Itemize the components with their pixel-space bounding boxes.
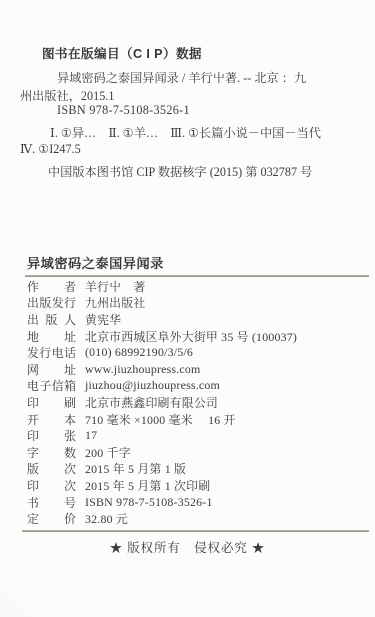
cip-registry-number: 中国版本图书馆 CIP 数据核字 (2015) 第 032787 号 xyxy=(48,163,312,180)
cip-classification-line-2: Ⅳ. ①I247.5 xyxy=(20,142,81,157)
row-label: 网址 xyxy=(27,361,76,378)
colophon-row: 电子信箱 jiuzhou@jiuzhoupress.com xyxy=(27,378,297,395)
row-label: 出版人 xyxy=(27,311,76,328)
cip-isbn: ISBN 978-7-5108-3526-1 xyxy=(57,103,190,118)
row-label: 开本 xyxy=(27,411,76,428)
row-value: 17 xyxy=(85,428,97,443)
row-value: www.jiuzhoupress.com xyxy=(85,362,201,377)
row-label: 版次 xyxy=(27,460,76,477)
book-copyright-page: 图书在版编目（C I P）数据 异域密码之泰国异闻录 / 羊行屮著. -- 北京… xyxy=(0,0,375,617)
footer-divider-rule xyxy=(22,530,369,532)
cip-record-line-1: 异域密码之泰国异闻录 / 羊行屮著. -- 北京 ：九 xyxy=(57,69,306,86)
colophon-row: 字数 200 千字 xyxy=(27,444,297,461)
row-label: 印刷 xyxy=(27,394,76,411)
cip-heading: 图书在版编目（C I P）数据 xyxy=(42,43,202,62)
book-title: 异域密码之泰国异闻录 xyxy=(27,253,164,272)
row-label: 作者 xyxy=(27,278,76,295)
cip-classification-line-1: Ⅰ. ①异… Ⅱ. ①羊… Ⅲ. ①长篇小说－中国－当代 xyxy=(50,124,321,141)
row-value: 200 千字 xyxy=(85,444,131,461)
row-label: 书号 xyxy=(27,494,76,511)
cip-record-line-2: 州出版社，2015.1 xyxy=(20,87,114,104)
row-value: 羊行屮 著 xyxy=(85,278,145,295)
title-divider-rule xyxy=(25,275,369,277)
row-label: 印张 xyxy=(27,427,76,444)
row-value: 九州出版社 xyxy=(85,294,145,311)
colophon-row: 网址 www.jiuzhoupress.com xyxy=(27,361,297,378)
row-label: 印次 xyxy=(27,477,76,494)
row-value: 2015 年 5 月第 1 版 xyxy=(85,460,186,477)
colophon-row: 书号 ISBN 978-7-5108-3526-1 xyxy=(27,494,297,511)
row-value: 710 毫米 ×1000 毫米 16 开 xyxy=(85,411,236,428)
row-label: 定价 xyxy=(27,510,76,527)
copyright-notice: ★ 版权所有 侵权必究 ★ xyxy=(0,538,375,556)
row-value: 32.80 元 xyxy=(85,510,128,527)
row-label: 字数 xyxy=(27,444,76,461)
colophon-row: 印刷 北京市燕鑫印刷有限公司 xyxy=(27,394,297,411)
row-label: 地址 xyxy=(27,328,76,345)
colophon-row: 印次 2015 年 5 月第 1 次印刷 xyxy=(27,477,297,494)
colophon-rows: 作者 羊行屮 著 出版发行 九州出版社 出版人 黄宪华 地址 北京市西城区阜外大… xyxy=(27,278,297,527)
colophon-row: 发行电话 (010) 68992190/3/5/6 xyxy=(27,344,297,361)
row-value: jiuzhou@jiuzhoupress.com xyxy=(85,378,220,393)
colophon-row: 出版人 黄宪华 xyxy=(27,311,297,328)
row-label: 发行电话 xyxy=(27,344,76,361)
row-value: 北京市西城区阜外大街甲 35 号 (100037) xyxy=(85,328,297,345)
colophon-row: 作者 羊行屮 著 xyxy=(27,278,297,295)
colophon-row: 印张 17 xyxy=(27,427,297,444)
colophon-row: 版次 2015 年 5 月第 1 版 xyxy=(27,461,297,478)
colophon-row: 定价 32.80 元 xyxy=(27,510,297,527)
row-value: 北京市燕鑫印刷有限公司 xyxy=(85,394,218,411)
row-value: 2015 年 5 月第 1 次印刷 xyxy=(85,477,210,494)
row-value: (010) 68992190/3/5/6 xyxy=(85,345,193,360)
colophon-row: 开本 710 毫米 ×1000 毫米 16 开 xyxy=(27,411,297,428)
row-value: 黄宪华 xyxy=(85,311,121,328)
row-value: ISBN 978-7-5108-3526-1 xyxy=(85,495,213,510)
colophon-row: 地址 北京市西城区阜外大街甲 35 号 (100037) xyxy=(27,328,297,345)
colophon-row: 出版发行 九州出版社 xyxy=(27,295,297,312)
row-label: 电子信箱 xyxy=(27,377,76,394)
row-label: 出版发行 xyxy=(27,294,76,311)
